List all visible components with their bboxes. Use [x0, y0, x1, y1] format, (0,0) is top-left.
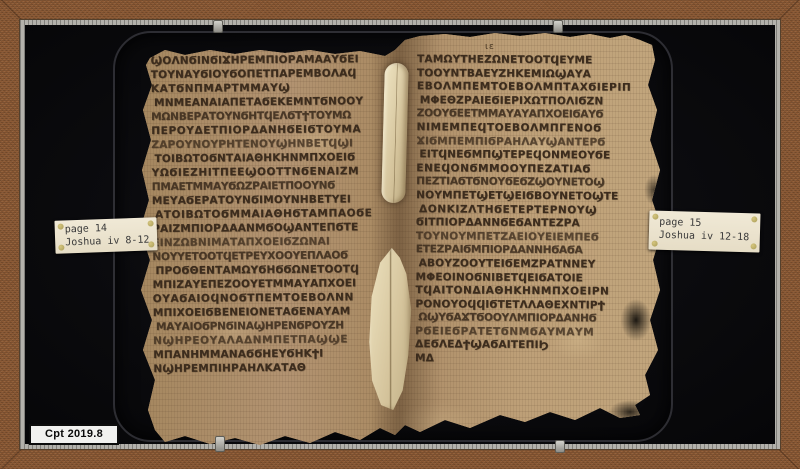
tape-dot-icon [652, 241, 658, 247]
manuscript-line: ϪΙϬΜΠΕΜΠΙϬΡΑΗΛΑΥϢΑΝΤΕΡϬ [416, 135, 660, 150]
left-page-label: page 14 Joshua iv 8-12 [54, 217, 157, 254]
frame-mitre-line [777, 0, 800, 22]
left-page-text: ϢΟΛΝϬΙΝϬΙϪΗΡΕΜΠΙΟΡΑΜΑΑΥϬΕΙΤΟΥΝΑΥϬΙΟΥϬΟΠΕ… [151, 53, 396, 377]
tape-dot-icon [751, 243, 757, 249]
tape-dot-icon [148, 241, 154, 247]
manuscript-line: ΖΟΟΥϬΕΕΤΜΜΑΥΑΥΑΠΧΟΕΙϬΑΥϬ [417, 108, 661, 123]
right-label-passage: Joshua iv 12-18 [659, 229, 760, 245]
manuscript-line: ΜΩΝΒΕΡΑΤΟΥΝϬΗΤϤΕΛϬΤϮΤΟΥΜΩ [151, 109, 393, 125]
right-page-label: page 15 Joshua iv 12-18 [648, 210, 760, 252]
glass-clip [555, 440, 565, 453]
manuscript-line: ΝϢΗΡΕΟΥΑΛΑΔΝΜΠΕΤΠΑϢϢΕ [153, 333, 395, 349]
left-label-passage: Joshua iv 8-12 [65, 233, 157, 249]
framed-papyrus-photo: ϢΟΛΝϬΙΝϬΙϪΗΡΕΜΠΙΟΡΑΜΑΑΥϬΕΙΤΟΥΝΑΥϬΙΟΥϬΟΠΕ… [0, 0, 800, 469]
papyrus-spread: ϢΟΛΝϬΙΝϬΙϪΗΡΕΜΠΙΟΡΑΜΑΑΥϬΕΙΤΟΥΝΑΥϬΙΟΥϬΟΠΕ… [138, 30, 666, 448]
manuscript-line: ΝϢΗΡΕΜΠΙΗΡΑΗΛΚΑΤΑΘ [153, 361, 395, 377]
glass-clip [213, 20, 223, 33]
frame-mitre-line [777, 447, 800, 469]
tape-dot-icon [58, 244, 64, 250]
tape-dot-icon [58, 223, 64, 229]
manuscript-line: ΠΜΑΕΤΜΜΑΥϬΩΖΡΑΙΕΤΠΟΟΥΝϬ [152, 179, 394, 195]
tape-dot-icon [751, 216, 757, 222]
manuscript-line: ΖΑΡΟΥΝΟΥΡΗΤΕΝΟΥϢΗΝΒΕΤϤϢΙ [151, 137, 393, 153]
right-page-text: ΤΑΜΩΥΤΗΕΖΩΝΕΤΟΟΤϤΕΥΜΕΤΟΟΥΝΤΒΑΕΥΖΗΚΕΜΙΩϢΑ… [415, 53, 661, 367]
manuscript-line: ΝΟΥΥΕΤΟΟΤϤΕΤΡΕΥΧΟΟΥΕΠΛΑΟϬ [152, 249, 394, 265]
tape-dot-icon [652, 214, 658, 220]
manuscript-line: ΕΤΕΖΡΑΙϬΜΠΙΟΡΔΑΝΝΗϬΑϬΑ [416, 243, 660, 258]
glass-clip [215, 436, 225, 452]
manuscript-line: ΜΔ [415, 352, 659, 367]
folio-number-mark: ιε [485, 42, 495, 52]
glass-clip [553, 20, 563, 33]
accession-label: Cpt 2019.8 [29, 424, 119, 445]
frame-mitre-line [0, 447, 23, 469]
manuscript-line: ΡϬΕΙΕϬΡΑΤΕΤϬΝΜϬΑΥΜΑΥΜ [415, 325, 659, 340]
frame-mitre-line [0, 0, 23, 22]
manuscript-line: ΠΕΖΤΙΑϬΤϬΝΟΥϬΕϬΖϢΟΥΝΕΤΟϢ [416, 175, 660, 190]
binding-strip-top [381, 63, 409, 204]
